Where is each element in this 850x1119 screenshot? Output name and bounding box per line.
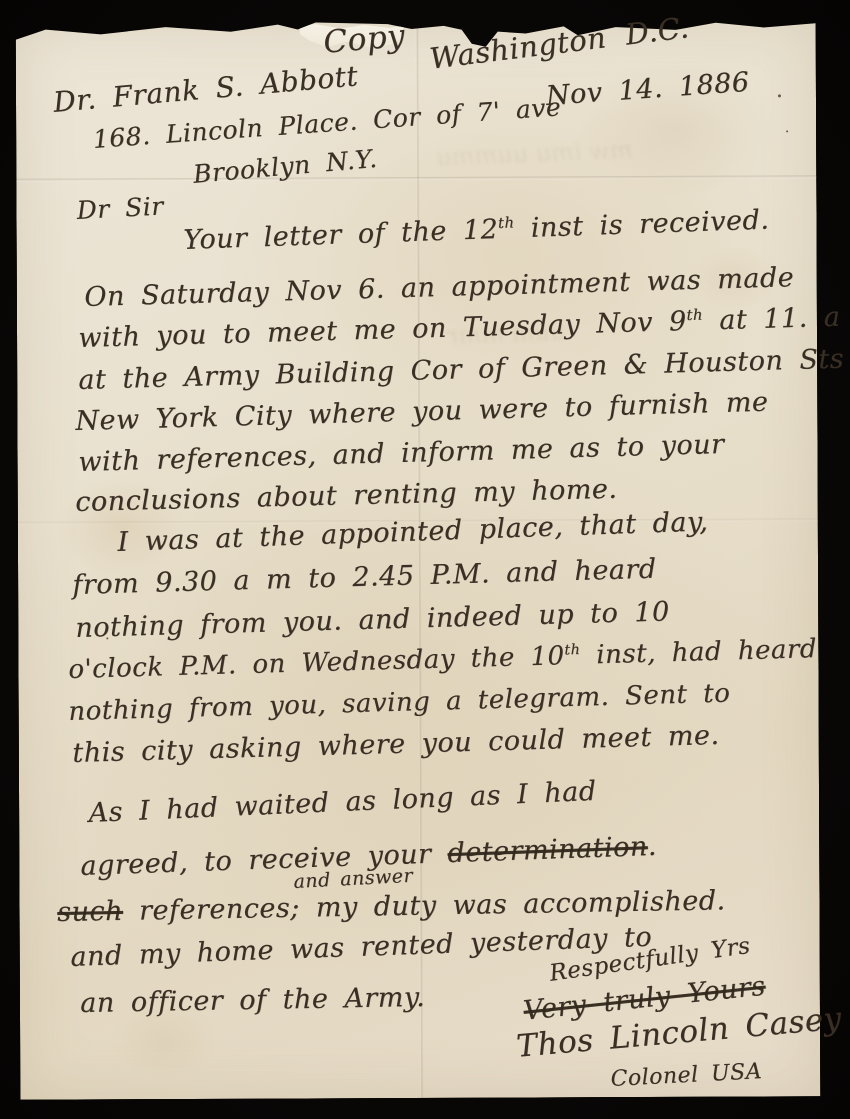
handwritten-text: at 11. a m. xyxy=(703,300,850,336)
struck-text: such xyxy=(57,896,123,928)
letter-scan: mw imu uummu uum mmr CopyWashington D.C.… xyxy=(0,0,850,1119)
handwritten-text: Dr Sir xyxy=(76,191,164,225)
handwritten-text: Copy xyxy=(322,18,407,61)
salutation: Dr Sir xyxy=(76,192,164,224)
body-line-18: an officer of the Army. xyxy=(80,983,425,1019)
handwritten-text: . xyxy=(647,831,657,862)
handwritten-text: th xyxy=(498,213,515,232)
handwritten-text: an officer of the Army. xyxy=(80,982,425,1019)
ink-showthrough-ghost: mw imu uummu xyxy=(436,136,633,172)
paper-speck xyxy=(778,94,781,97)
handwritten-text: th xyxy=(564,642,580,658)
copy-annotation: Copy xyxy=(322,19,406,60)
paper-speck xyxy=(786,130,788,132)
handwritten-text: th xyxy=(686,306,703,324)
